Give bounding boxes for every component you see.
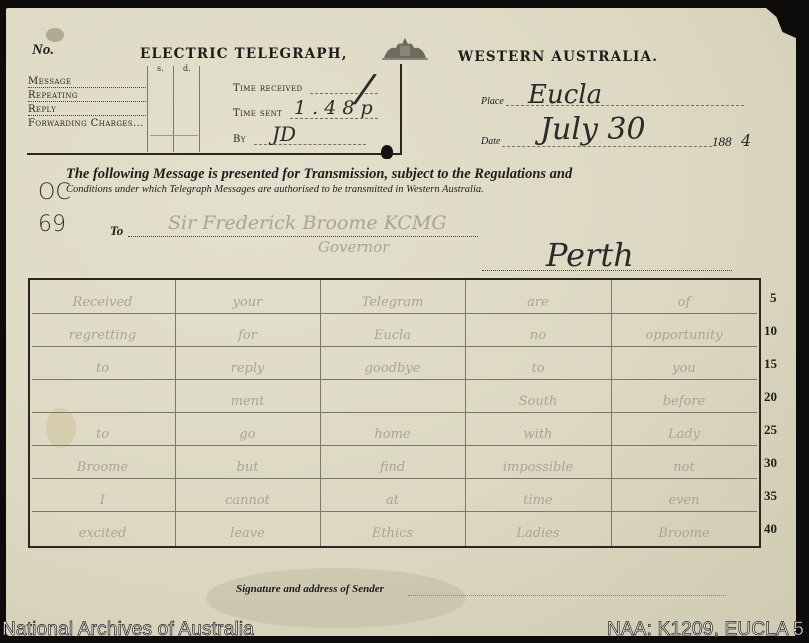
column-divider bbox=[173, 66, 174, 152]
title-western-australia: WESTERN AUSTRALIA. bbox=[458, 49, 658, 65]
to-label: To bbox=[110, 223, 123, 239]
shillings-header: s. bbox=[157, 64, 164, 73]
word-count-marker: 10 bbox=[764, 323, 777, 339]
by-field[interactable] bbox=[254, 144, 366, 145]
place-value: Eucla bbox=[528, 80, 602, 110]
message-grid: Received your Telegram are of regretting… bbox=[28, 278, 761, 548]
charge-repeating: Repeating bbox=[28, 90, 146, 102]
signature-field[interactable] bbox=[408, 595, 726, 596]
column-divider bbox=[147, 66, 148, 152]
time-sent-label: Time sent bbox=[233, 108, 282, 119]
margin-note-2: 69 bbox=[38, 212, 66, 237]
message-word: ment bbox=[175, 379, 320, 412]
word-count-marker: 20 bbox=[764, 389, 777, 405]
word-count-marker: 40 bbox=[764, 521, 777, 537]
header-divider bbox=[27, 153, 401, 155]
message-word bbox=[30, 379, 175, 412]
torn-corner bbox=[766, 8, 796, 38]
destination-value: Perth bbox=[546, 236, 634, 274]
header-box-edge bbox=[400, 64, 402, 155]
pence-header: d. bbox=[183, 64, 191, 73]
message-word: not bbox=[611, 445, 757, 478]
message-word: go bbox=[175, 412, 320, 445]
charge-message: Message bbox=[28, 76, 146, 88]
margin-note-1: OC bbox=[38, 180, 71, 205]
message-word: impossible bbox=[465, 445, 611, 478]
recipient-title: Governor bbox=[318, 238, 389, 256]
date-value: July 30 bbox=[540, 112, 646, 147]
message-word: but bbox=[175, 445, 320, 478]
royal-coat-of-arms-icon bbox=[380, 36, 430, 62]
stain bbox=[46, 28, 64, 42]
message-word: with bbox=[465, 412, 611, 445]
year-prefix: 188 bbox=[712, 134, 732, 150]
by-label: By bbox=[233, 134, 246, 145]
message-word: at bbox=[320, 478, 465, 511]
message-word: even bbox=[611, 478, 757, 511]
word-count-marker: 25 bbox=[764, 422, 777, 438]
by-value: JD bbox=[272, 122, 296, 146]
message-word: I bbox=[30, 478, 175, 511]
message-word: leave bbox=[175, 511, 320, 544]
title-electric-telegraph: ELECTRIC TELEGRAPH, bbox=[140, 46, 348, 62]
notice-line-2: Conditions under which Telegraph Message… bbox=[66, 184, 484, 195]
message-word: are bbox=[465, 280, 611, 313]
column-divider bbox=[199, 66, 200, 152]
message-word: you bbox=[611, 346, 757, 379]
message-word: to bbox=[465, 346, 611, 379]
message-word: Broome bbox=[30, 445, 175, 478]
message-word: South bbox=[465, 379, 611, 412]
message-word: regretting bbox=[30, 313, 175, 346]
date-label: Date bbox=[481, 136, 500, 147]
message-word: time bbox=[465, 478, 611, 511]
message-word: cannot bbox=[175, 478, 320, 511]
word-count-marker: 15 bbox=[764, 356, 777, 372]
ink-blot bbox=[381, 145, 393, 159]
message-word: to bbox=[30, 412, 175, 445]
message-word: Lady bbox=[611, 412, 757, 445]
number-label: No. bbox=[32, 42, 54, 59]
watermark-archive-name: National Archives of Australia bbox=[2, 619, 254, 641]
message-word bbox=[320, 379, 465, 412]
message-word: Ladies bbox=[465, 511, 611, 544]
message-word: Telegram bbox=[320, 280, 465, 313]
message-word: reply bbox=[175, 346, 320, 379]
message-word: to bbox=[30, 346, 175, 379]
message-word: Eucla bbox=[320, 313, 465, 346]
message-word: your bbox=[175, 280, 320, 313]
time-sent-value: 1 . 4 8 p bbox=[294, 97, 373, 119]
signature-label: Signature and address of Sender bbox=[236, 583, 384, 595]
message-word: home bbox=[320, 412, 465, 445]
notice-line-1: The following Message is presented for T… bbox=[66, 166, 572, 183]
charge-reply: Reply bbox=[28, 104, 146, 116]
place-label: Place bbox=[481, 96, 504, 107]
message-word: find bbox=[320, 445, 465, 478]
recipient-name: Sir Frederick Broome KCMG bbox=[168, 212, 447, 234]
message-word: no bbox=[465, 313, 611, 346]
year-suffix: 4 bbox=[741, 131, 751, 150]
word-count-marker: 35 bbox=[764, 488, 777, 504]
watermark-reference: NAA: K1209, EUCLA 5 bbox=[607, 619, 804, 641]
message-word: goodbye bbox=[320, 346, 465, 379]
message-word: excited bbox=[30, 511, 175, 544]
message-word: for bbox=[175, 313, 320, 346]
to-field[interactable] bbox=[128, 236, 478, 237]
word-count-marker: 5 bbox=[770, 290, 777, 306]
time-received-label: Time received bbox=[233, 83, 302, 94]
message-word: Broome bbox=[611, 511, 757, 544]
sum-line bbox=[150, 135, 198, 136]
message-word: of bbox=[611, 280, 757, 313]
message-word: opportunity bbox=[611, 313, 757, 346]
message-word: Ethics bbox=[320, 511, 465, 544]
message-word: before bbox=[611, 379, 757, 412]
message-word: Received bbox=[30, 280, 175, 313]
word-count-marker: 30 bbox=[764, 455, 777, 471]
charge-forwarding: Forwarding Charges... bbox=[28, 118, 158, 129]
